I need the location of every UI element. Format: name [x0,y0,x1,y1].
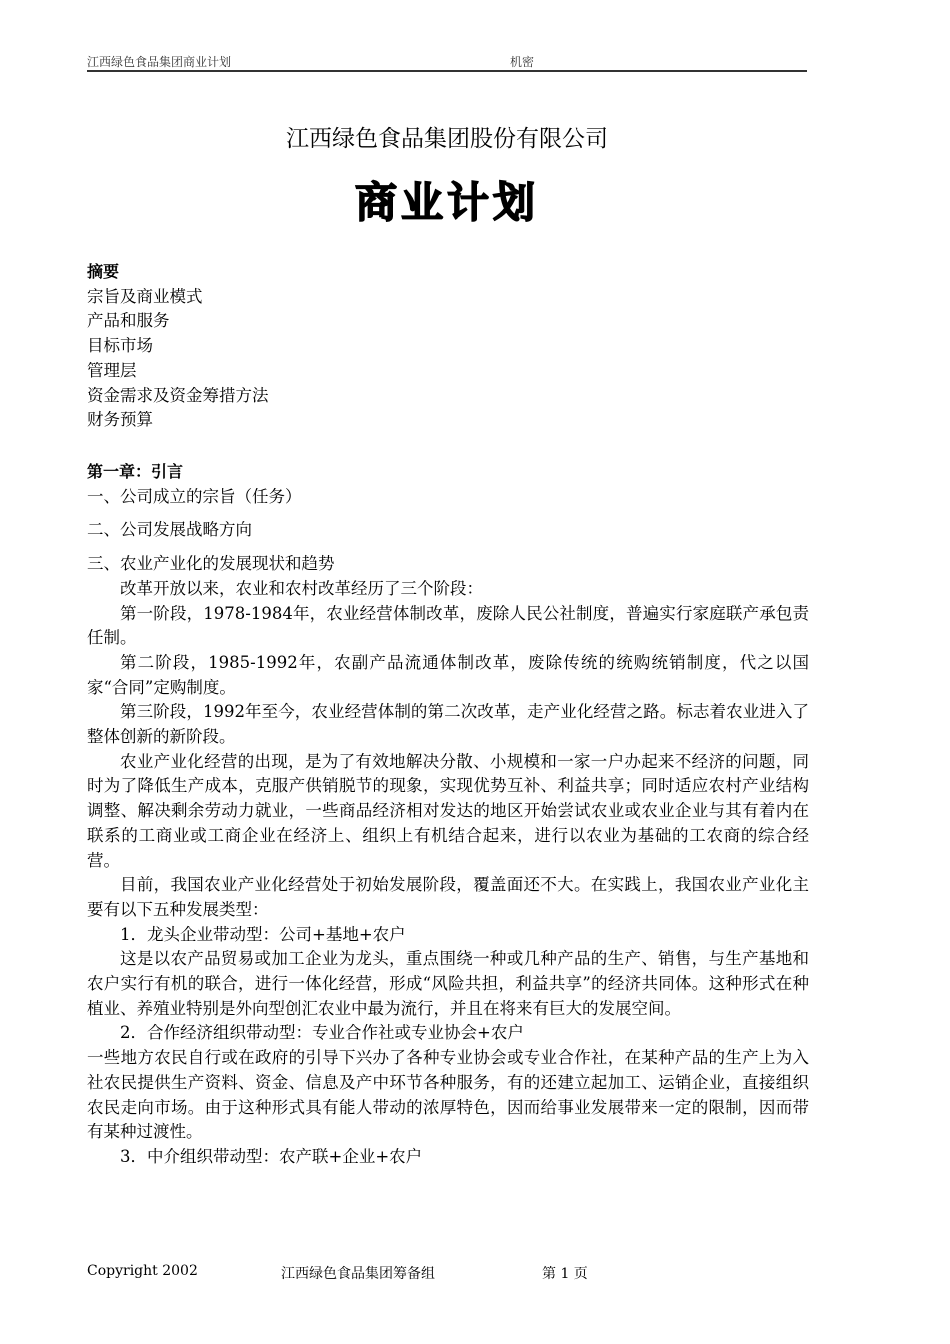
list-item-heading: 2．合作经济组织带动型：专业合作社或专业协会+农户 [87,1021,809,1046]
section-heading: 三、农业产业化的发展现状和趋势 [87,552,809,577]
paragraph: 第一阶段，1978-1984年，农业经营体制改革，废除人民公社制度，普遍实行家庭… [87,602,809,651]
footer-copyright: Copyright 2002 [87,1263,198,1279]
paragraph: 改革开放以来，农业和农村改革经历了三个阶段： [87,577,809,602]
list-item-heading: 1．龙头企业带动型：公司+基地+农户 [87,923,809,948]
section-heading: 一、公司成立的宗旨（任务） [87,485,809,510]
paragraph: 农业产业化经营的出现，是为了有效地解决分散、小规模和一家一户办起来不经济的问题，… [87,750,809,874]
summary-item: 目标市场 [87,334,809,359]
summary-item: 宗旨及商业模式 [87,285,809,310]
summary-item: 产品和服务 [87,309,809,334]
chapter-1-section: 第一章：引言 一、公司成立的宗旨（任务） 二、公司发展战略方向 三、农业产业化的… [87,460,809,1170]
paragraph: 第二阶段，1985-1992年，农副产品流通体制改革，废除传统的统购统销制度，代… [87,651,809,700]
page-header: 江西绿色食品集团商业计划 机密 [87,52,807,72]
summary-item: 财务预算 [87,408,809,433]
summary-heading: 摘要 [87,260,809,285]
summary-item: 资金需求及资金筹措方法 [87,384,809,409]
chapter-1-heading: 第一章：引言 [87,460,809,485]
footer-page-number: 第 1 页 [542,1263,588,1283]
summary-section: 摘要 宗旨及商业模式 产品和服务 目标市场 管理层 资金需求及资金筹措方法 财务… [87,260,809,433]
section-heading: 二、公司发展战略方向 [87,518,809,543]
list-item-heading: 3．中介组织带动型：农产联+企业+农户 [87,1145,809,1170]
paragraph: 这是以农产品贸易或加工企业为龙头，重点围绕一种或几种产品的生产、销售，与生产基地… [87,947,809,1021]
footer-organization: 江西绿色食品集团筹备组 [281,1263,435,1283]
paragraph: 一些地方农民自行或在政府的引导下兴办了各种专业协会或专业合作社，在某种产品的生产… [87,1046,809,1145]
paragraph: 第三阶段，1992年至今，农业经营体制的第二次改革，走产业化经营之路。标志着农业… [87,700,809,749]
paragraph: 目前，我国农业产业化经营处于初始发展阶段，覆盖面还不大。在实践上，我国农业产业化… [87,873,809,922]
summary-item: 管理层 [87,359,809,384]
document-title: 商业计划 [0,170,894,230]
company-title: 江西绿色食品集团股份有限公司 [0,120,894,153]
header-confidential-label: 机密 [510,53,534,70]
header-document-name: 江西绿色食品集团商业计划 [87,53,231,70]
